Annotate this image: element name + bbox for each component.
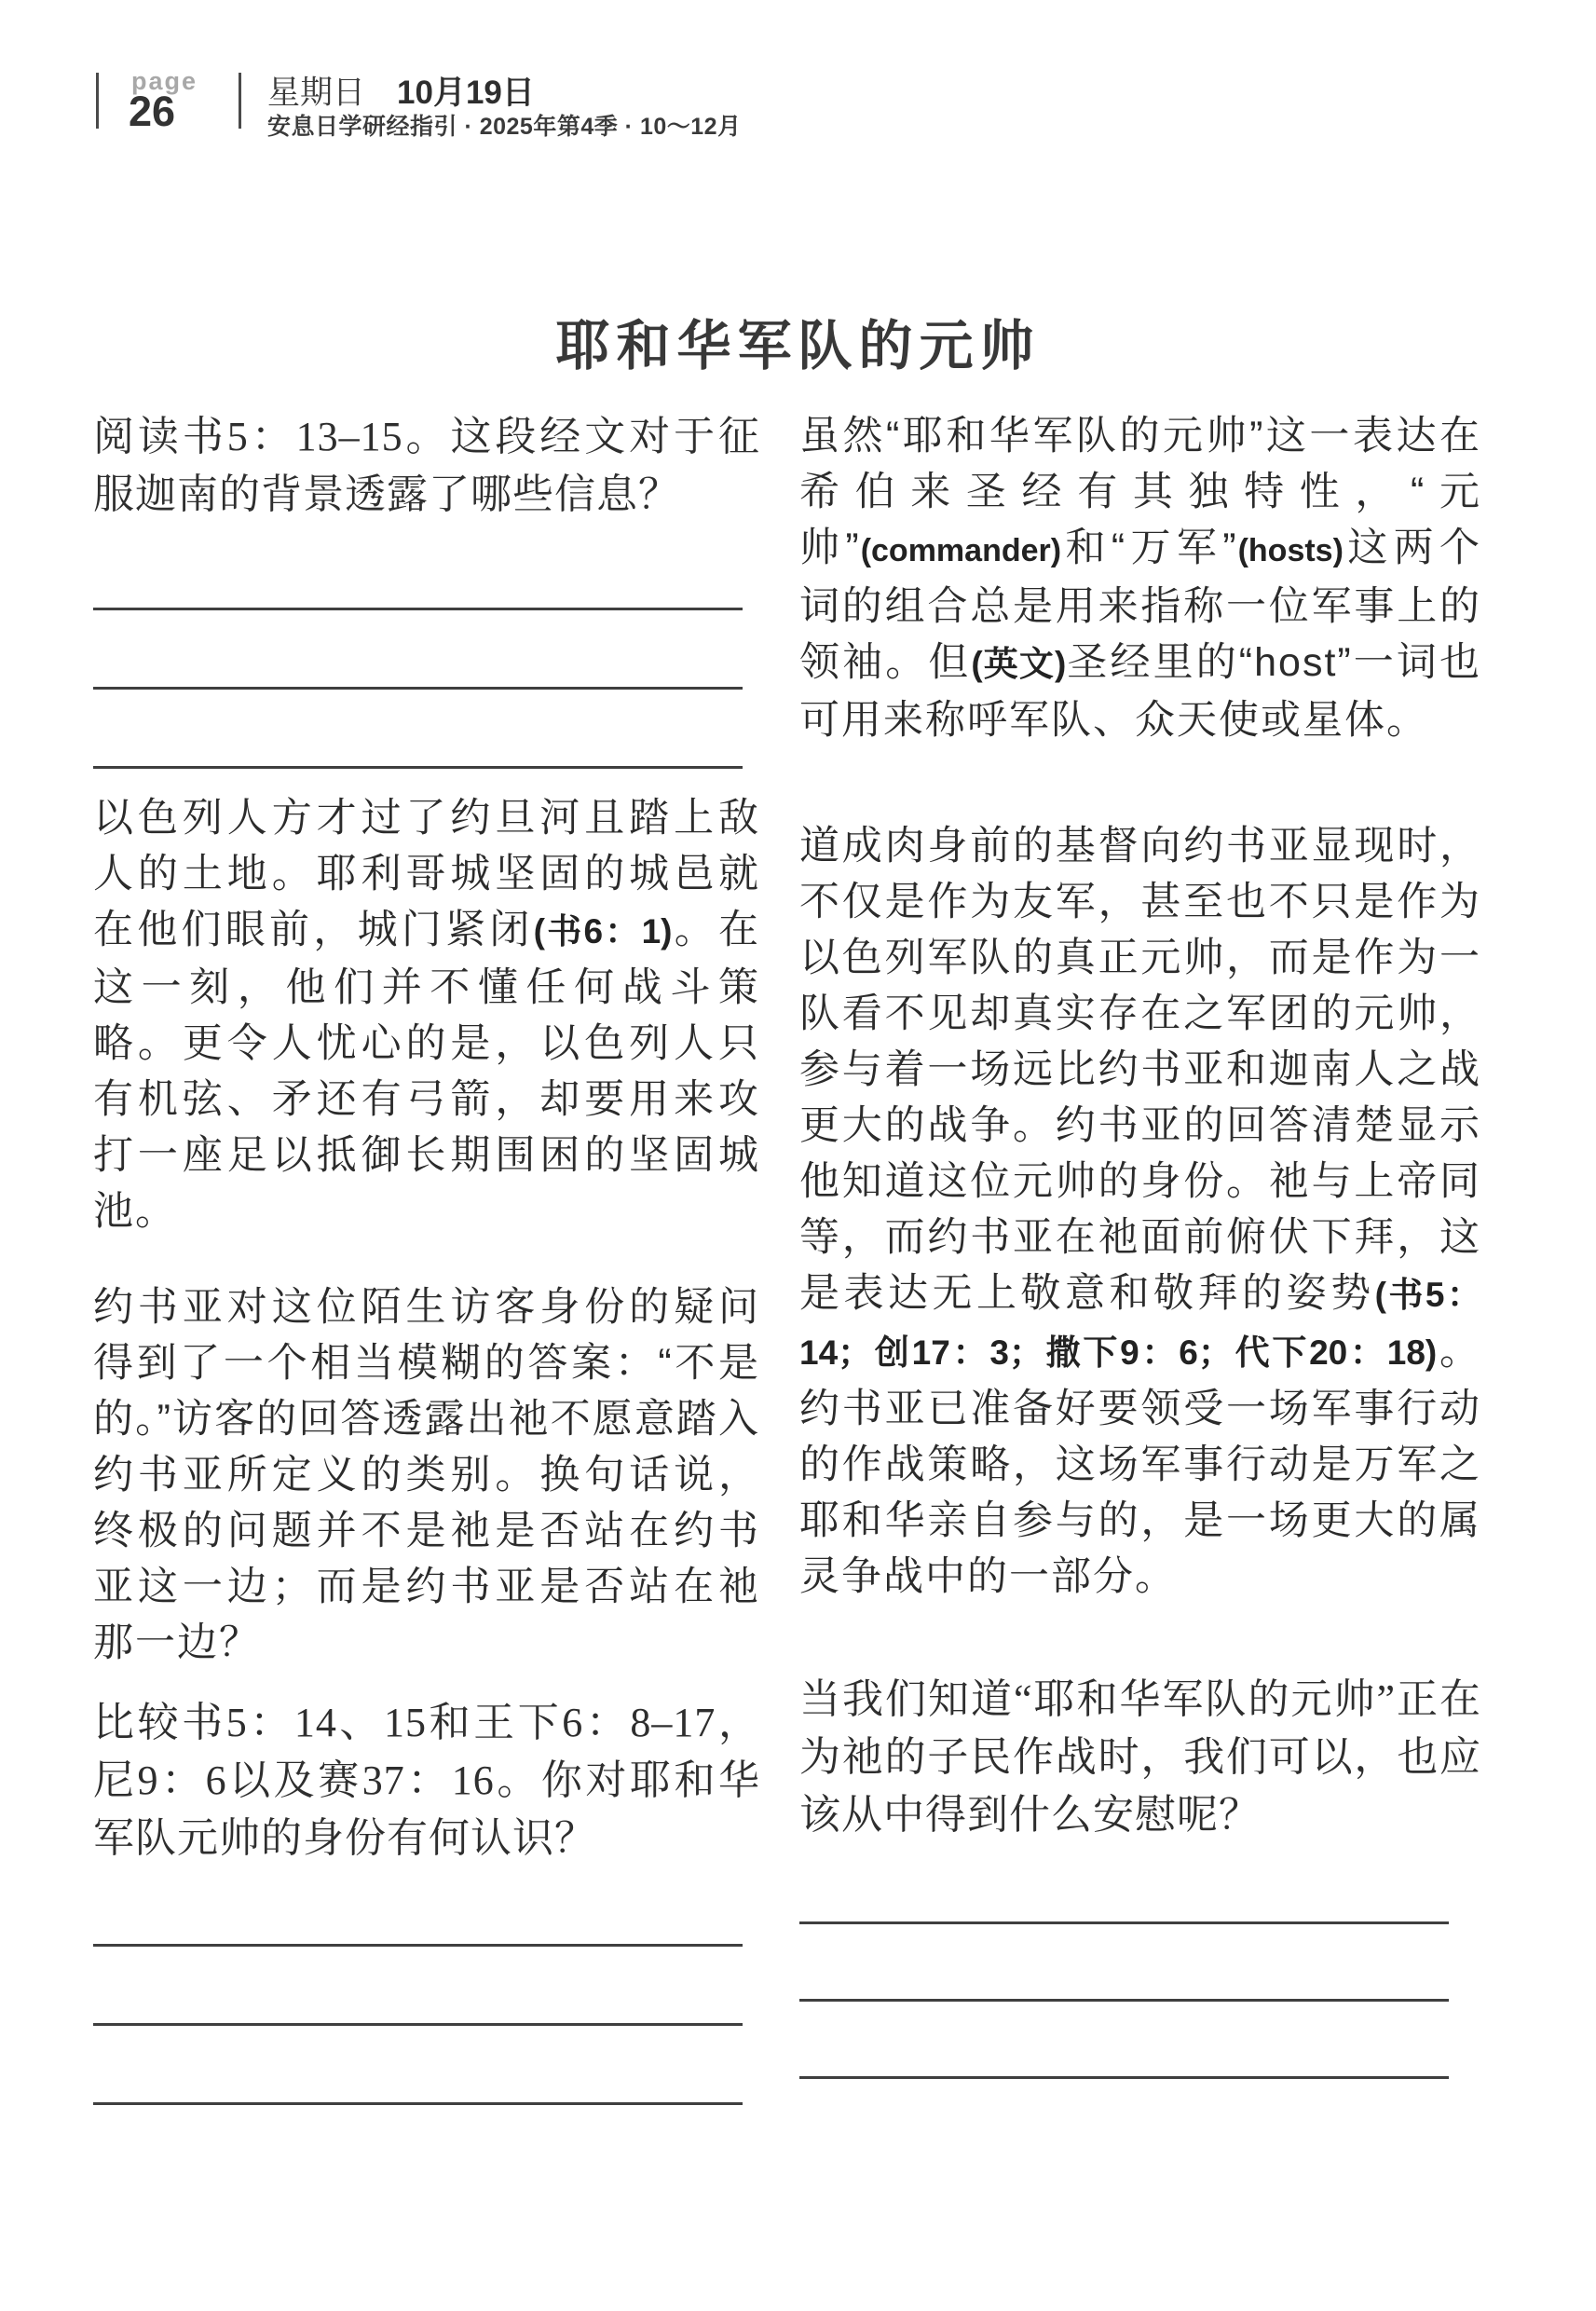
answer-lines — [799, 1921, 1481, 2154]
english-term: (commander) — [861, 533, 1061, 568]
body-paragraph: 以色列人方才过了约旦河且踏上敌人的土地。耶利哥城坚固的城邑就在他们眼前，城门紧闭… — [93, 790, 760, 1239]
body-paragraph: 道成肉身前的基督向约书亚显现时，不仅是作为友军，甚至也不只是作为以色列军队的真正… — [799, 818, 1481, 1605]
answer-line — [93, 2102, 743, 2105]
study-question: 阅读书5：13–15。这段经文对于征服迦南的背景透露了哪些信息？ — [93, 408, 760, 524]
scripture-ref: (书6：1) — [534, 912, 673, 950]
text-run: 和“万军” — [1061, 526, 1238, 570]
text-run: 约书亚对这位陌生访客身份的疑问得到了一个相当模糊的答案：“不是的。”访客的回答透… — [93, 1285, 760, 1665]
answer-line — [93, 1944, 743, 1947]
text-run: 阅读书5：13–15。这段经文对于征服迦南的背景透露了哪些信息？ — [93, 414, 760, 517]
body-paragraph: 虽然“耶和华军队的元帅”这一表达在希伯来圣经有其独特性，“元帅”(command… — [799, 408, 1481, 748]
answer-line — [93, 766, 743, 769]
answer-lines — [93, 1944, 760, 2181]
answer-line — [799, 1999, 1449, 2002]
right-column: 虽然“耶和华军队的元帅”这一表达在希伯来圣经有其独特性，“元帅”(command… — [799, 0, 1481, 2311]
left-column: 阅读书5：13–15。这段经文对于征服迦南的背景透露了哪些信息？以色列人方才过了… — [93, 0, 760, 2311]
answer-line — [799, 2076, 1449, 2079]
answer-line — [93, 608, 743, 610]
text-run: 比较书5：14、15和王下6：8–17，尼9：6以及赛37：16。你对耶和华军队… — [93, 1700, 760, 1861]
lesson-page: page 26 星期日10月19日 安息日学研经指引 · 2025年第4季 · … — [0, 0, 1596, 2311]
answer-line — [93, 687, 743, 690]
study-question: 比较书5：14、15和王下6：8–17，尼9：6以及赛37：16。你对耶和华军队… — [93, 1694, 760, 1867]
text-run: 道成肉身前的基督向约书亚显现时，不仅是作为友军，甚至也不只是作为以色列军队的真正… — [799, 824, 1481, 1316]
english-term: (hosts) — [1238, 533, 1344, 568]
study-question: 当我们知道“耶和华军队的元帅”正在为祂的子民作战时，我们可以，也应该从中得到什么… — [799, 1671, 1481, 1844]
text-run: 。在这一刻，他们并不懂任何战斗策略。更令人忧心的是，以色列人只有机弦、矛还有弓箭… — [93, 908, 760, 1234]
answer-line — [799, 1921, 1449, 1924]
answer-line — [93, 2023, 743, 2026]
scripture-ref: (英文) — [971, 645, 1066, 683]
text-run: 当我们知道“耶和华军队的元帅”正在为祂的子民作战时，我们可以，也应该从中得到什么… — [799, 1676, 1481, 1838]
body-paragraph: 约书亚对这位陌生访客身份的疑问得到了一个相当模糊的答案：“不是的。”访客的回答透… — [93, 1279, 760, 1671]
